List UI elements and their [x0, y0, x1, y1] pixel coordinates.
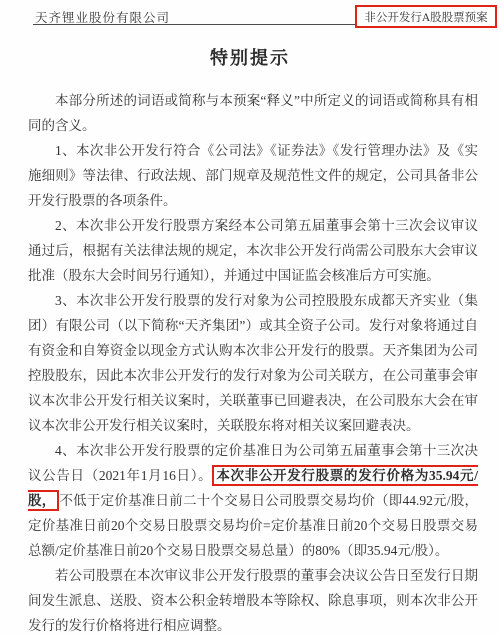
- document-body: 本部分所述的词语或简称与本预案“释义”中所定义的词语或简称具有相同的含义。 1、…: [28, 88, 478, 635]
- paragraph-item3-subscriber: 3、本次非公开发行股票的发行对象为公司控股股东成都天齐实业（集团）有限公司（以下…: [28, 288, 478, 438]
- doc-type-annotation-box: 非公开发行A股股票预案: [355, 5, 497, 28]
- paragraph-price-adjustment: 若公司股票在本次审议非公开发行股票的董事会决议公告日至发行日期间发生派息、送股、…: [28, 563, 478, 635]
- paragraph-item4-pricing: 4、本次非公开发行股票的定价基准日为公司第五届董事会第十三次决议公告日（2021…: [28, 438, 478, 563]
- item4-text-after: 不低于定价基准日前二十个交易日公司股票交易均价（即44.92元/股，定价基准日前…: [28, 493, 478, 558]
- paragraph-definitions: 本部分所述的词语或简称与本预案“释义”中所定义的词语或简称具有相同的含义。: [28, 88, 478, 138]
- page-title: 特别提示: [0, 44, 500, 70]
- doc-type-label: 非公开发行A股股票预案: [364, 9, 487, 25]
- paragraph-item1-compliance: 1、本次非公开发行符合《公司法》《证券法》《发行管理办法》及《实施细则》等法律、…: [28, 138, 478, 213]
- paragraph-item2-approval: 2、本次非公开发行股票方案经本公司第五届董事会第十三次会议审议通过后，根据有关法…: [28, 213, 478, 288]
- header-divider: [33, 24, 355, 25]
- document-page: 天齐锂业股份有限公司 非公开发行A股股票预案 特别提示 本部分所述的词语或简称与…: [0, 0, 500, 635]
